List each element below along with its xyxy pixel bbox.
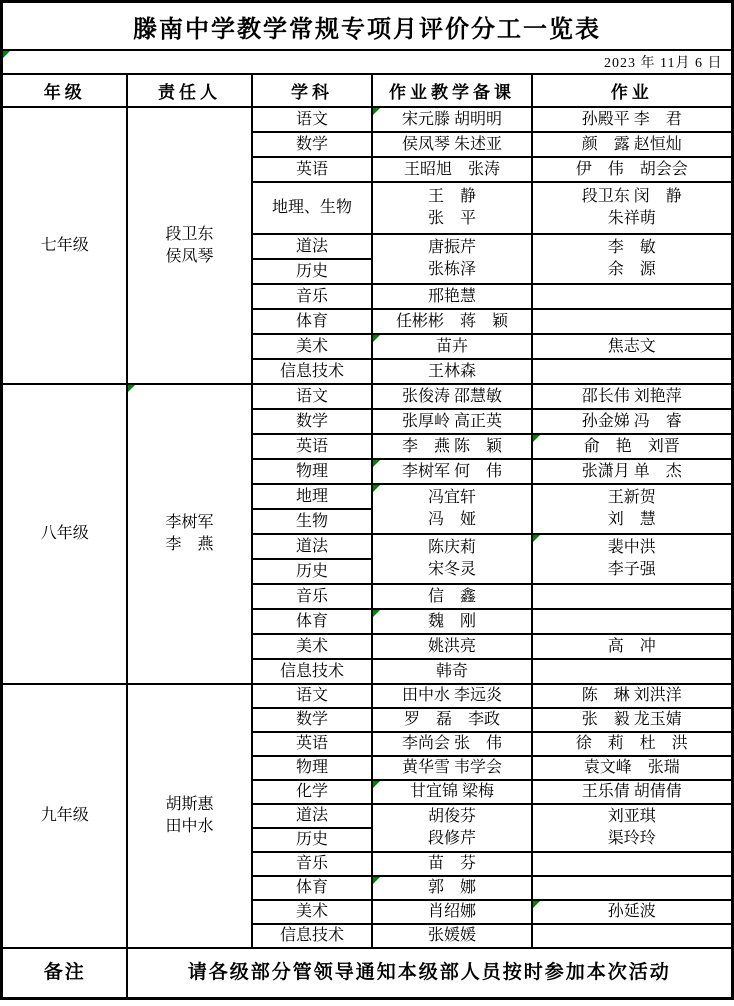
page: { "title": "滕南中学教学常规专项月评价分工一览表", "date":… [0, 0, 734, 1000]
column-header-row: 年级 责任人 学科 作业教学备课 作业 [2, 74, 732, 107]
subject-cell: 数学 [252, 708, 372, 732]
page-title: 滕南中学教学常规专项月评价分工一览表 [2, 2, 732, 51]
table-row: 九年级胡斯惠田中水语文田中水 李远炎陈 琳 刘洪洋 [2, 684, 732, 708]
subject-cell: 数学 [252, 409, 372, 434]
grade-cell: 九年级 [2, 684, 127, 948]
work-cell-text: 刘 慧 [533, 509, 731, 531]
work-cell [532, 852, 732, 876]
prep-cell-text: 苗 芬 [373, 853, 531, 875]
prep-cell: 甘宜锦 梁梅 [372, 780, 532, 804]
prep-cell-text: 李树军 何 伟 [373, 461, 531, 483]
subject-cell-text: 历史 [253, 261, 371, 283]
prep-cell: 李树军 何 伟 [372, 459, 532, 484]
prep-cell-text: 韩奇 [373, 661, 531, 683]
subject-cell-text: 数学 [253, 709, 371, 731]
subject-cell: 历史 [252, 259, 372, 284]
work-cell: 邵长伟 刘艳萍 [532, 384, 732, 409]
work-cell: 王乐倩 胡倩倩 [532, 780, 732, 804]
subject-cell: 音乐 [252, 852, 372, 876]
grade-cell-text: 八年级 [3, 523, 126, 545]
prep-cell: 王 静张 平 [372, 182, 532, 234]
subject-cell: 道法 [252, 804, 372, 828]
subject-cell: 物理 [252, 756, 372, 780]
leader-cell-text: 侯凤琴 [128, 246, 251, 268]
grade-cell: 八年级 [2, 384, 127, 684]
prep-cell: 李尚会 张 伟 [372, 732, 532, 756]
subject-cell: 道法 [252, 234, 372, 259]
subject-cell-text: 道法 [253, 536, 371, 558]
table-row: 八年级李树军李 燕语文张俊涛 邵慧敏邵长伟 刘艳萍 [2, 384, 732, 409]
subject-cell-text: 历史 [253, 829, 371, 851]
prep-cell-text: 冯 娅 [373, 509, 531, 531]
work-cell-text: 陈 琳 刘洪洋 [533, 685, 731, 707]
work-cell-text: 孙延波 [533, 901, 731, 923]
prep-cell: 王林森 [372, 359, 532, 384]
work-cell: 张潇月 单 杰 [532, 459, 732, 484]
subject-cell: 信息技术 [252, 659, 372, 684]
prep-cell-text: 陈庆莉 [373, 537, 531, 559]
prep-cell: 田中水 李远炎 [372, 684, 532, 708]
subject-cell: 英语 [252, 434, 372, 459]
prep-cell-text: 唐振芹 [373, 237, 531, 259]
leader-cell-text: 段卫东 [128, 224, 251, 246]
table-row: 七年级段卫东侯凤琴语文宋元滕 胡明明孙殿平 李 君 [2, 107, 732, 132]
prep-cell: 冯宜轩冯 娅 [372, 484, 532, 534]
prep-cell-text: 侯凤琴 朱述亚 [373, 134, 531, 156]
prep-cell: 陈庆莉宋冬灵 [372, 534, 532, 584]
prep-cell: 张媛媛 [372, 924, 532, 948]
prep-cell-text: 苗卉 [373, 336, 531, 358]
prep-cell-text: 李尚会 张 伟 [373, 733, 531, 755]
prep-cell-text: 罗 磊 李政 [373, 709, 531, 731]
subject-cell-text: 音乐 [253, 586, 371, 608]
subject-cell-text: 语文 [253, 685, 371, 707]
subject-cell: 体育 [252, 309, 372, 334]
subject-cell: 体育 [252, 609, 372, 634]
subject-cell-text: 体育 [253, 311, 371, 333]
subject-cell: 美术 [252, 900, 372, 924]
subject-cell: 体育 [252, 876, 372, 900]
prep-cell-text: 肖绍娜 [373, 901, 531, 923]
prep-cell: 罗 磊 李政 [372, 708, 532, 732]
prep-cell-text: 李 燕 陈 颖 [373, 436, 531, 458]
work-cell [532, 309, 732, 334]
prep-cell-text: 王昭旭 张涛 [373, 159, 531, 181]
work-cell: 陈 琳 刘洪洋 [532, 684, 732, 708]
work-cell [532, 876, 732, 900]
prep-cell: 唐振芹张栋泽 [372, 234, 532, 284]
prep-cell: 信 鑫 [372, 584, 532, 609]
subject-cell-text: 道法 [253, 236, 371, 258]
prep-cell: 邢艳慧 [372, 284, 532, 309]
work-cell: 王新贺刘 慧 [532, 484, 732, 534]
work-cell-text: 余 源 [533, 259, 731, 281]
leader-cell: 李树军李 燕 [127, 384, 252, 684]
work-cell-text: 焦志文 [533, 336, 731, 358]
prep-cell-text: 邢艳慧 [373, 286, 531, 308]
date-row: 2023 年 11月 6 日 [2, 50, 732, 74]
work-cell: 孙殿平 李 君 [532, 107, 732, 132]
note-row: 备注请各级部分管领导通知本级部人员按时参加本次活动 [2, 948, 732, 998]
leader-cell: 胡斯惠田中水 [127, 684, 252, 948]
subject-cell-text: 英语 [253, 159, 371, 181]
subject-cell: 信息技术 [252, 359, 372, 384]
work-cell: 颜 露 赵恒灿 [532, 132, 732, 157]
subject-cell-text: 物理 [253, 757, 371, 779]
subject-cell-text: 地理 [253, 486, 371, 508]
subject-cell-text: 信息技术 [253, 925, 371, 947]
subject-cell: 音乐 [252, 584, 372, 609]
prep-cell-text: 黄华雪 韦学会 [373, 757, 531, 779]
subject-cell-text: 道法 [253, 805, 371, 827]
subject-cell-text: 历史 [253, 561, 371, 583]
work-cell-text: 李 敏 [533, 237, 731, 259]
col-header-subject: 学科 [252, 74, 372, 107]
subject-cell: 英语 [252, 157, 372, 182]
subject-cell-text: 美术 [253, 636, 371, 658]
prep-cell-text: 胡俊芬 [373, 806, 531, 828]
grade-cell: 七年级 [2, 107, 127, 384]
prep-cell: 胡俊芬段修芹 [372, 804, 532, 852]
work-cell-text: 孙金娣 冯 睿 [533, 411, 731, 433]
work-cell [532, 659, 732, 684]
work-cell: 李 敏余 源 [532, 234, 732, 284]
col-header-grade: 年级 [2, 74, 127, 107]
prep-cell-text: 冯宜轩 [373, 487, 531, 509]
prep-cell-text: 魏 刚 [373, 611, 531, 633]
work-cell [532, 584, 732, 609]
subject-cell-text: 生物 [253, 511, 371, 533]
subject-cell-text: 音乐 [253, 286, 371, 308]
note-text-cell-text: 请各级部分管领导通知本级部人员按时参加本次活动 [128, 962, 731, 984]
subject-cell: 美术 [252, 334, 372, 359]
subject-cell-text: 信息技术 [253, 661, 371, 683]
grade-cell-text: 九年级 [3, 805, 126, 827]
work-cell-text: 裴中洪 [533, 537, 731, 559]
work-cell: 俞 艳 刘晋 [532, 434, 732, 459]
subject-cell: 历史 [252, 559, 372, 584]
prep-cell-text: 田中水 李远炎 [373, 685, 531, 707]
subject-cell: 地理 [252, 484, 372, 509]
subject-cell-text: 英语 [253, 436, 371, 458]
subject-cell: 道法 [252, 534, 372, 559]
prep-cell: 王昭旭 张涛 [372, 157, 532, 182]
prep-cell-text: 张媛媛 [373, 925, 531, 947]
work-cell: 段卫东 闵 静朱祥萌 [532, 182, 732, 234]
subject-cell: 语文 [252, 684, 372, 708]
work-cell-text: 袁文峰 张瑞 [533, 757, 731, 779]
work-cell-text: 朱祥萌 [533, 208, 731, 230]
work-cell: 袁文峰 张瑞 [532, 756, 732, 780]
work-cell-text: 伊 伟 胡会会 [533, 159, 731, 181]
prep-cell: 肖绍娜 [372, 900, 532, 924]
subject-cell: 语文 [252, 107, 372, 132]
subject-cell-text: 美术 [253, 336, 371, 358]
leader-cell-text: 胡斯惠 [128, 794, 251, 816]
work-cell: 刘亚琪渠玲玲 [532, 804, 732, 852]
subject-cell: 美术 [252, 634, 372, 659]
subject-cell-text: 音乐 [253, 853, 371, 875]
subject-cell: 地理、生物 [252, 182, 372, 234]
subject-cell: 化学 [252, 780, 372, 804]
work-cell: 伊 伟 胡会会 [532, 157, 732, 182]
work-cell-text: 刘亚琪 [533, 806, 731, 828]
work-cell: 裴中洪李子强 [532, 534, 732, 584]
prep-cell-text: 信 鑫 [373, 586, 531, 608]
subject-cell-text: 数学 [253, 134, 371, 156]
work-cell-text: 段卫东 闵 静 [533, 186, 731, 208]
work-cell-text: 王乐倩 胡倩倩 [533, 781, 731, 803]
prep-cell-text: 张栋泽 [373, 259, 531, 281]
subject-cell-text: 英语 [253, 733, 371, 755]
evaluation-table: 滕南中学教学常规专项月评价分工一览表 2023 年 11月 6 日 年级 责任人… [0, 0, 733, 1000]
subject-cell-text: 体育 [253, 611, 371, 633]
work-cell-text: 张 毅 龙玉婧 [533, 709, 731, 731]
leader-cell-text: 李树军 [128, 512, 251, 534]
prep-cell-text: 姚洪亮 [373, 636, 531, 658]
subject-cell: 音乐 [252, 284, 372, 309]
subject-cell: 生物 [252, 509, 372, 534]
subject-cell-text: 语文 [253, 386, 371, 408]
col-header-homework: 作业 [532, 74, 732, 107]
prep-cell: 苗 芬 [372, 852, 532, 876]
subject-cell: 语文 [252, 384, 372, 409]
work-cell: 徐 莉 杜 洪 [532, 732, 732, 756]
subject-cell-text: 物理 [253, 461, 371, 483]
subject-cell-text: 化学 [253, 781, 371, 803]
leader-cell: 段卫东侯凤琴 [127, 107, 252, 384]
work-cell: 焦志文 [532, 334, 732, 359]
note-label-cell: 备注 [2, 948, 127, 998]
prep-cell-text: 宋元滕 胡明明 [373, 109, 531, 131]
work-cell: 孙延波 [532, 900, 732, 924]
prep-cell-text: 张厚岭 高正英 [373, 411, 531, 433]
work-cell-text: 李子强 [533, 559, 731, 581]
work-cell [532, 284, 732, 309]
note-text-cell: 请各级部分管领导通知本级部人员按时参加本次活动 [127, 948, 732, 998]
prep-cell: 侯凤琴 朱述亚 [372, 132, 532, 157]
grade-cell-text: 七年级 [3, 235, 126, 257]
title-row: 滕南中学教学常规专项月评价分工一览表 [2, 2, 732, 51]
work-cell-text: 张潇月 单 杰 [533, 461, 731, 483]
prep-cell: 任彬彬 蒋 颖 [372, 309, 532, 334]
prep-cell: 张厚岭 高正英 [372, 409, 532, 434]
prep-cell-text: 王林森 [373, 361, 531, 383]
prep-cell: 姚洪亮 [372, 634, 532, 659]
subject-cell: 历史 [252, 828, 372, 852]
subject-cell: 英语 [252, 732, 372, 756]
prep-cell: 张俊涛 邵慧敏 [372, 384, 532, 409]
date-cell: 2023 年 11月 6 日 [2, 50, 732, 74]
col-header-leader: 责任人 [127, 74, 252, 107]
prep-cell: 苗卉 [372, 334, 532, 359]
work-cell-text: 邵长伟 刘艳萍 [533, 386, 731, 408]
subject-cell-text: 体育 [253, 877, 371, 899]
work-cell-text: 孙殿平 李 君 [533, 109, 731, 131]
work-cell-text: 徐 莉 杜 洪 [533, 733, 731, 755]
work-cell: 张 毅 龙玉婧 [532, 708, 732, 732]
prep-cell-text: 任彬彬 蒋 颖 [373, 311, 531, 333]
prep-cell-text: 王 静 [373, 186, 531, 208]
subject-cell-text: 美术 [253, 901, 371, 923]
prep-cell: 韩奇 [372, 659, 532, 684]
prep-cell-text: 郭 娜 [373, 877, 531, 899]
note-label-cell-text: 备注 [3, 962, 126, 984]
subject-cell-text: 地理、生物 [253, 197, 371, 219]
work-cell-text: 俞 艳 刘晋 [533, 436, 731, 458]
work-cell-text: 王新贺 [533, 487, 731, 509]
subject-cell-text: 数学 [253, 411, 371, 433]
subject-cell-text: 信息技术 [253, 361, 371, 383]
leader-cell-text: 李 燕 [128, 534, 251, 556]
work-cell [532, 359, 732, 384]
prep-cell-text: 甘宜锦 梁梅 [373, 781, 531, 803]
work-cell: 孙金娣 冯 睿 [532, 409, 732, 434]
prep-cell: 宋元滕 胡明明 [372, 107, 532, 132]
prep-cell-text: 宋冬灵 [373, 559, 531, 581]
prep-cell-text: 段修芹 [373, 828, 531, 850]
prep-cell: 李 燕 陈 颖 [372, 434, 532, 459]
work-cell [532, 924, 732, 948]
prep-cell: 黄华雪 韦学会 [372, 756, 532, 780]
prep-cell-text: 张俊涛 邵慧敏 [373, 386, 531, 408]
prep-cell: 魏 刚 [372, 609, 532, 634]
prep-cell-text: 张 平 [373, 208, 531, 230]
work-cell-text: 颜 露 赵恒灿 [533, 134, 731, 156]
work-cell [532, 609, 732, 634]
subject-cell: 数学 [252, 132, 372, 157]
leader-cell-text: 田中水 [128, 816, 251, 838]
subject-cell: 物理 [252, 459, 372, 484]
subject-cell-text: 语文 [253, 109, 371, 131]
work-cell-text: 渠玲玲 [533, 828, 731, 850]
col-header-prep: 作业教学备课 [372, 74, 532, 107]
work-cell: 高 冲 [532, 634, 732, 659]
prep-cell: 郭 娜 [372, 876, 532, 900]
subject-cell: 信息技术 [252, 924, 372, 948]
work-cell-text: 高 冲 [533, 636, 731, 658]
table-body: 七年级段卫东侯凤琴语文宋元滕 胡明明孙殿平 李 君数学侯凤琴 朱述亚颜 露 赵恒… [2, 107, 732, 998]
